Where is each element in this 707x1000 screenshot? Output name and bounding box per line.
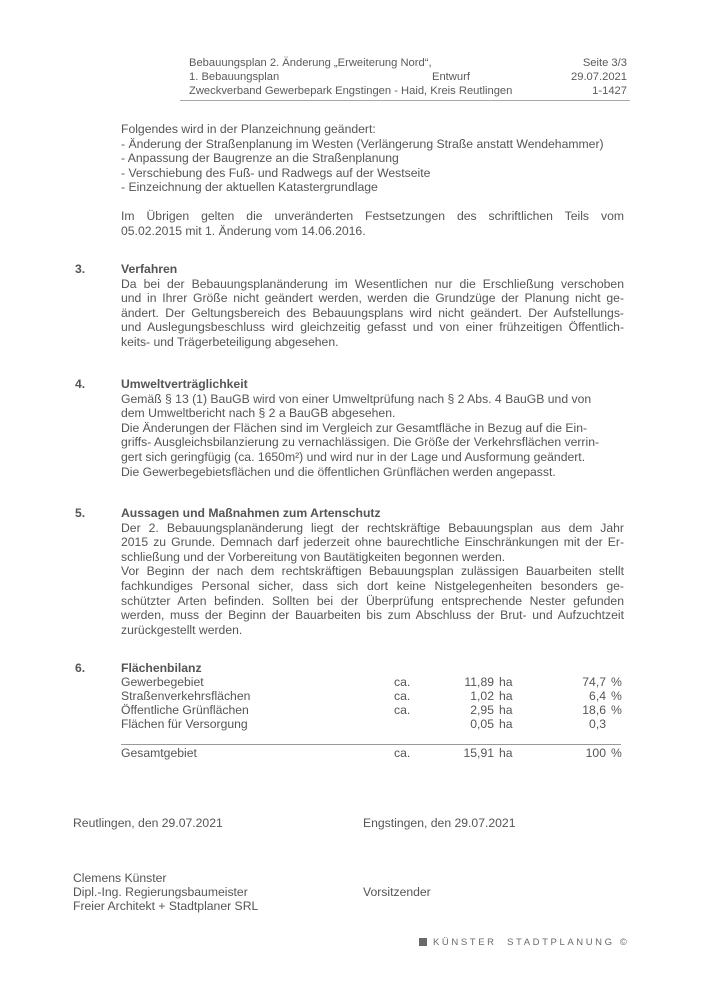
table-total-divider — [121, 744, 621, 745]
section-line: dem Umweltbericht nach § 2 a BauGB abges… — [121, 406, 624, 421]
signature-right-title: Vorsitzender — [363, 885, 431, 899]
area-label: Gewerbegebiet — [121, 675, 204, 689]
intro-lead: Folgendes wird in der Planzeichnung geän… — [121, 122, 624, 137]
percent-unit: % — [611, 675, 622, 689]
section-line: Der 2. Bebauungsplanänderung liegt der r… — [121, 521, 624, 536]
table-row: Straßenverkehrsflächen ca. 1,02 ha 6,4 % — [121, 689, 621, 704]
section-verfahren: Verfahren Da bei der Bebauungsplanänderu… — [121, 262, 624, 350]
section-line: gert sich geringfügig (ca. 1650m²) und w… — [121, 450, 624, 465]
area-unit: ha — [499, 675, 513, 689]
table-row: Öffentliche Grünflächen ca. 2,95 ha 18,6… — [121, 703, 621, 718]
header-status: Entwurf — [432, 71, 470, 83]
section-title: Flächenbilanz — [121, 661, 202, 675]
signature-right-place-date: Engstingen, den 29.07.2021 — [363, 816, 515, 830]
section-line: griffs- Ausgleichsbilanzierung zu vernac… — [121, 435, 624, 450]
signature-left-name: Clemens Künster — [73, 871, 166, 885]
intro-list-item: - Änderung der Straßenplanung im Westen … — [121, 137, 624, 152]
section-line: fachkundiges Personal sicher, dass sich … — [121, 579, 624, 594]
header-date: 29.07.2021 — [571, 71, 627, 83]
area-label: Straßenverkehrsflächen — [121, 689, 250, 703]
section-artenschutz: Aussagen und Maßnahmen zum Artenschutz D… — [121, 506, 624, 637]
approx-marker: ca. — [394, 703, 410, 717]
intro-closing-line: Im Übrigen gelten die unveränderten Fest… — [121, 209, 624, 224]
section-line: Gemäß § 13 (1) BauGB wird von einer Umwe… — [121, 392, 624, 407]
area-unit: ha — [499, 689, 513, 703]
area-value: 15,91 — [439, 746, 494, 760]
section-title: Verfahren — [121, 262, 624, 277]
area-percent: 6,4 — [561, 689, 606, 703]
section-title: Umweltverträglichkeit — [121, 377, 624, 392]
section-line: Vor Beginn der nach dem rechtskräftigen … — [121, 564, 624, 579]
footer-brand: KÜNSTER STADTPLANUNG © — [419, 937, 629, 948]
section-line: ändert. Der Geltungsbereich des Bebauung… — [121, 306, 624, 321]
header-page-number: Seite 3/3 — [583, 57, 627, 69]
area-value: 1,02 — [439, 689, 494, 703]
area-unit: ha — [499, 746, 513, 760]
approx-marker: ca. — [394, 675, 410, 689]
area-percent: 100 — [561, 746, 606, 760]
intro-closing: Im Übrigen gelten die unveränderten Fest… — [121, 209, 624, 238]
intro-list-item: - Einzeichnung der aktuellen Katastergru… — [121, 180, 624, 195]
intro-closing-line: 05.02.2015 mit 1. Änderung vom 14.06.201… — [121, 224, 624, 239]
signature-left-place-date: Reutlingen, den 29.07.2021 — [73, 816, 223, 830]
signature-left-title: Dipl.-Ing. Regierungsbaumeister — [73, 885, 248, 899]
section-number: 5. — [75, 506, 85, 520]
section-line: keits- und Trägerbeteiligung abgesehen. — [121, 335, 624, 350]
area-label: Gesamtgebiet — [121, 746, 197, 760]
section-title: Aussagen und Maßnahmen zum Artenschutz — [121, 506, 624, 521]
header-plan-type: 1. Bebauungsplan — [189, 71, 279, 83]
section-number: 3. — [75, 262, 85, 276]
intro-list-item: - Anpassung der Baugrenze an die Straßen… — [121, 151, 624, 166]
section-line: schließung und der Vorbereitung von Baut… — [121, 550, 624, 565]
brand-square-icon — [419, 938, 427, 946]
table-total-row: Gesamtgebiet ca. 15,91 ha 100 % — [121, 746, 621, 761]
header-reference: 1-1427 — [592, 85, 627, 97]
area-unit: ha — [499, 717, 513, 731]
table-row: Gewerbegebiet ca. 11,89 ha 74,7 % — [121, 675, 621, 690]
section-line: schützter Arten befinden. Sollten bei de… — [121, 594, 624, 609]
area-percent: 74,7 — [561, 675, 606, 689]
section-line: zurückgestellt werden. — [121, 623, 624, 638]
section-line: 2015 zu Grunde. Demnach darf jederzeit o… — [121, 535, 624, 550]
section-umweltvertraeglichkeit: Umweltverträglichkeit Gemäß § 13 (1) Bau… — [121, 377, 624, 479]
header-authority: Zweckverband Gewerbepark Engstingen - Ha… — [189, 85, 512, 97]
section-number: 6. — [75, 661, 85, 675]
area-unit: ha — [499, 703, 513, 717]
section-number: 4. — [75, 377, 85, 391]
section-line: und Auslegungsbeschluss wird gleichzeiti… — [121, 320, 624, 335]
section-line: Da bei der Bebauungsplanänderung im Wese… — [121, 277, 624, 292]
percent-unit: % — [611, 689, 622, 703]
footer-brand-text: KÜNSTER STADTPLANUNG © — [433, 937, 629, 948]
header-divider — [180, 100, 630, 101]
area-value: 2,95 — [439, 703, 494, 717]
approx-marker: ca. — [394, 746, 410, 760]
header-plan-title: Bebauungsplan 2. Änderung „Erweiterung N… — [189, 57, 432, 69]
area-value: 0,05 — [439, 717, 494, 731]
signature-left-title: Freier Architekt + Stadtplaner SRL — [73, 899, 258, 913]
area-label: Öffentliche Grünflächen — [121, 703, 249, 717]
intro-block: Folgendes wird in der Planzeichnung geän… — [121, 122, 624, 195]
section-line: werden, muss der Beginn der Bauarbeiten … — [121, 608, 624, 623]
area-value: 11,89 — [439, 675, 494, 689]
percent-unit: % — [611, 703, 622, 717]
approx-marker: ca. — [394, 689, 410, 703]
section-line: und in Ihrer Größe nicht geändert werden… — [121, 291, 624, 306]
percent-unit: % — [611, 746, 622, 760]
area-percent: 0,3 — [561, 717, 606, 731]
section-line: Die Änderungen der Flächen sind im Vergl… — [121, 421, 624, 436]
area-label: Flächen für Versorgung — [121, 717, 248, 731]
intro-list-item: - Verschiebung des Fuß- und Radwegs auf … — [121, 166, 624, 181]
area-percent: 18,6 — [561, 703, 606, 717]
section-line: Die Gewerbegebietsflächen und die öffent… — [121, 465, 624, 480]
table-row: Flächen für Versorgung 0,05 ha 0,3 — [121, 717, 621, 732]
